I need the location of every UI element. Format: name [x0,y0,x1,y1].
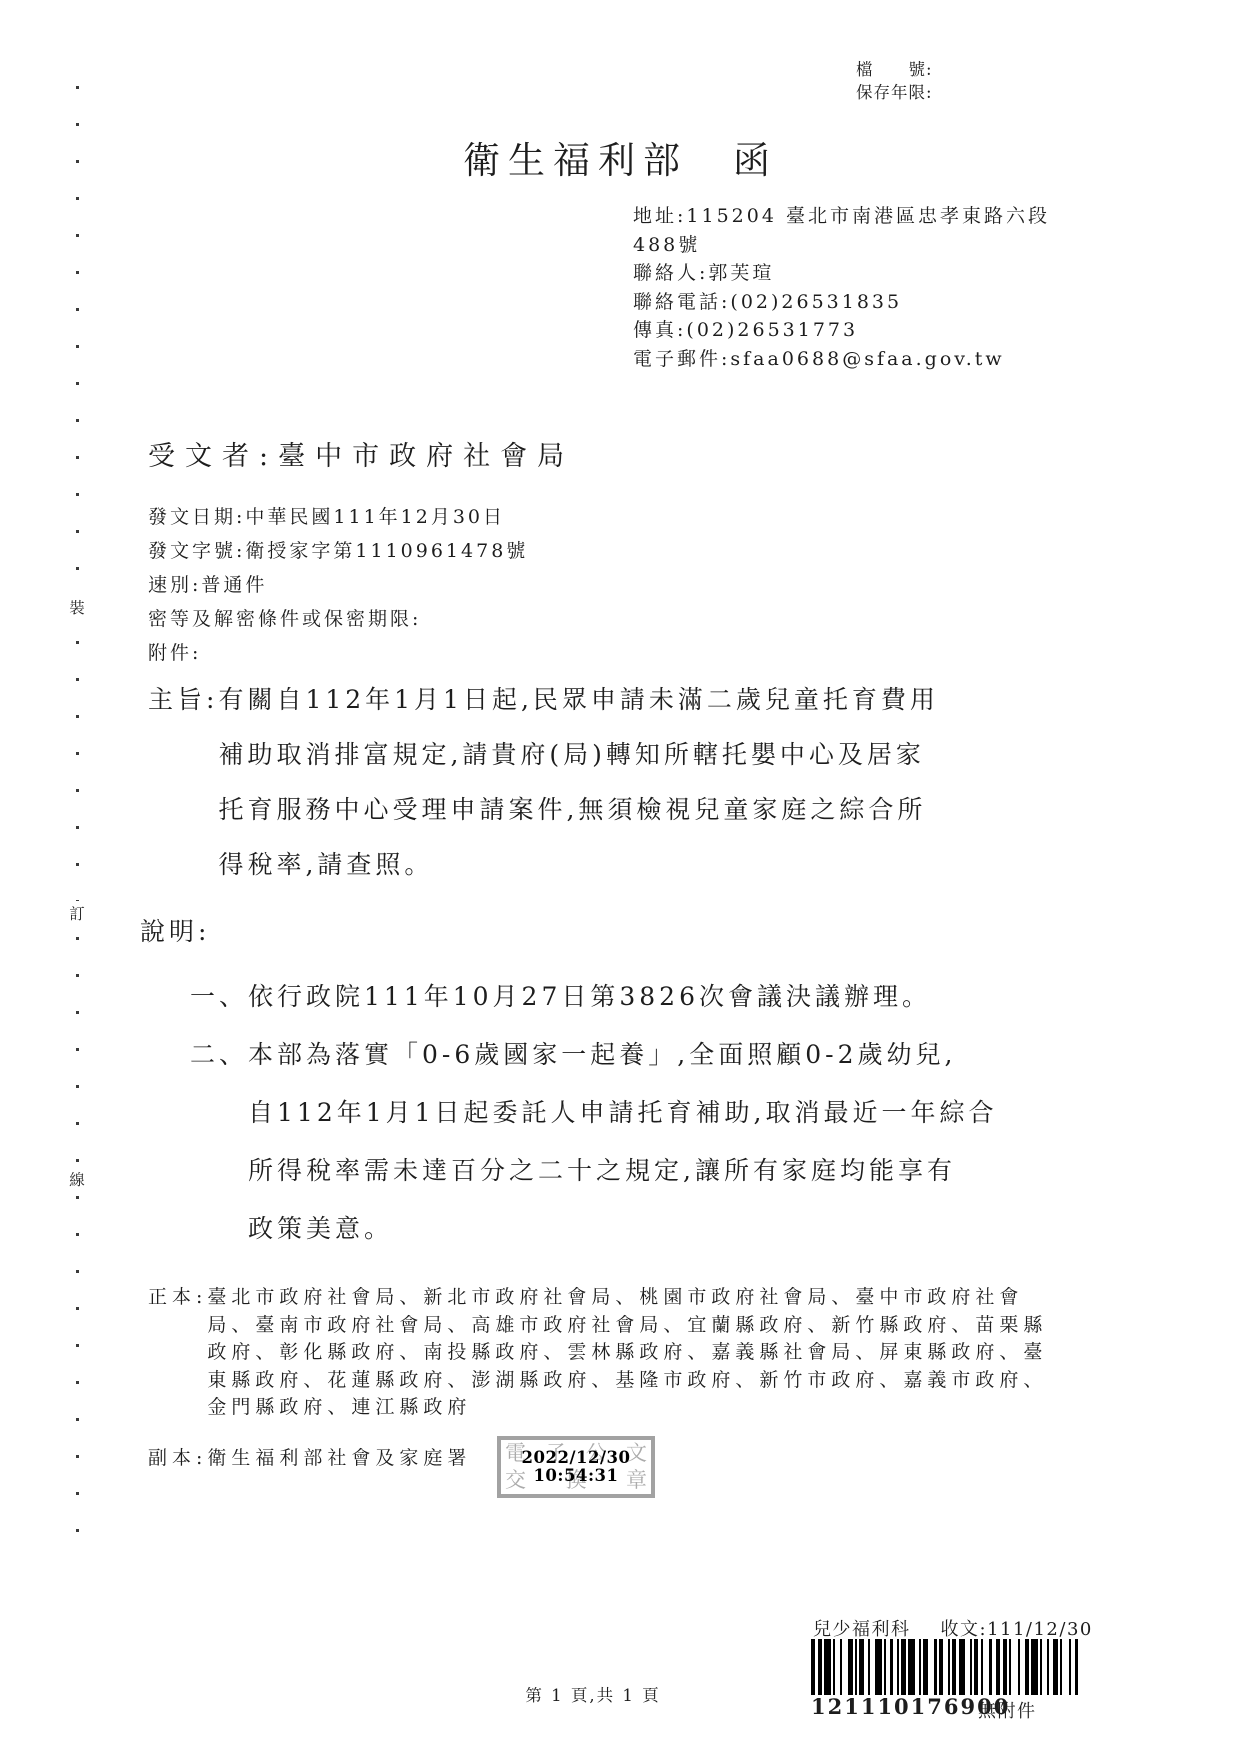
barcode-bar [875,1639,882,1695]
stamp-date: 2022/12/30 [501,1449,651,1467]
binding-mark-zhuang: 裝 [65,595,89,622]
original-recipients-line: 政府、彰化縣政府、南投縣政府、雲林縣政府、嘉義縣社會局、屏東縣政府、臺 [207,1339,1047,1367]
barcode-bar [908,1639,915,1695]
explanation-item-2-marker: 二、 [190,1026,248,1084]
original-recipients-block: 正本: 臺北市政府社會局、新北市政府社會局、桃園市政府社會局、臺中市政府社會局、… [148,1284,1047,1422]
original-recipients-label: 正本: [148,1284,207,1312]
sender-info-line: 聯絡人:郭芙瑄 [633,259,1050,288]
barcode-bar [983,1639,990,1695]
explanation-item-1: 一、 依行政院111年10月27日第3826次會議決議辦理。 [190,968,931,1026]
receipt-dept: 兒少福利科 [813,1619,911,1640]
sender-info-line: 電子郵件:sfaa0688@sfaa.gov.tw [633,345,1050,374]
explanation-heading: 說明: [140,912,210,948]
subject-lines: 有關自112年1月1日起,民眾申請未滿二歲兒童托育費用補助取消排富規定,請貴府(… [218,672,938,892]
stamp-time: 10:54:31 [501,1467,651,1485]
cc-label: 副本: [148,1447,207,1469]
explanation-item-1-marker: 一、 [190,968,248,1026]
barcode-bar [1011,1639,1018,1695]
document-title: 衛生福利部 函 [0,130,1241,184]
receipt-date: 收文:111/12/30 [941,1619,1093,1640]
original-recipients-line: 金門縣政府、連江縣政府 [207,1394,1047,1422]
original-recipients-line: 局、臺南市政府社會局、高雄市政府社會局、宜蘭縣政府、新竹縣政府、苗栗縣 [207,1312,1047,1340]
explanation-item-1-lines: 依行政院111年10月27日第3826次會議決議辦理。 [248,968,931,1026]
cc-value: 衛生福利部社會及家庭署 [207,1447,471,1469]
explanation-line: 自112年1月1日起委託人申請托育補助,取消最近一年綜合 [248,1084,997,1142]
original-recipients-lines: 臺北市政府社會局、新北市政府社會局、桃園市政府社會局、臺中市政府社會局、臺南市政… [207,1284,1047,1422]
sender-info-line: 聯絡電話:(02)26531835 [633,288,1050,317]
meta-line: 速別:普通件 [148,568,528,602]
subject-paragraph: 主旨: 有關自112年1月1日起,民眾申請未滿二歲兒童托育費用補助取消排富規定,… [148,672,939,892]
explanation-item-2-lines: 本部為落實「0-6歲國家一起養」,全面照顧0-2歲幼兒,自112年1月1日起委託… [248,1026,997,1258]
exchange-stamp: 電子公文 交換章 2022/12/30 10:54:31 [497,1436,655,1498]
subject-label: 主旨: [148,672,218,727]
explanation-line: 所得稅率需未達百分之二十之規定,讓所有家庭均能享有 [248,1142,997,1200]
barcode-bar [928,1639,935,1695]
file-number-block: 檔 號: 保存年限: [856,58,933,104]
barcode-bar [959,1639,966,1695]
barcode [811,1639,1080,1695]
explanation-item-2: 二、 本部為落實「0-6歲國家一起養」,全面照顧0-2歲幼兒,自112年1月1日… [190,1026,998,1258]
sender-info-line: 488號 [633,231,1050,260]
sender-info-line: 地址:115204 臺北市南港區忠孝東路六段 [633,202,1050,231]
cc-block: 副本:衛生福利部社會及家庭署 [148,1443,471,1470]
subject-line: 有關自112年1月1日起,民眾申請未滿二歲兒童托育費用 [218,672,938,727]
original-recipients-line: 臺北市政府社會局、新北市政府社會局、桃園市政府社會局、臺中市政府社會 [207,1284,1047,1312]
explanation-line: 依行政院111年10月27日第3826次會議決議辦理。 [248,968,931,1026]
retention-period-label: 保存年限: [856,81,933,104]
barcode-bar [1078,1639,1080,1695]
document-page: 裝 訂 線 檔 號: 保存年限: 衛生福利部 函 地址:115204 臺北市南港… [0,0,1241,1754]
meta-line: 發文字號:衛授家字第1110961478號 [148,534,528,568]
explanation-line: 政策美意。 [248,1200,997,1258]
sender-info-line: 傳真:(02)26531773 [633,316,1050,345]
binding-mark-xian: 線 [65,1167,89,1194]
barcode-bar [1062,1639,1069,1695]
sender-info-block: 地址:115204 臺北市南港區忠孝東路六段488號聯絡人:郭芙瑄聯絡電話:(0… [633,202,1050,373]
page-number: 第 1 頁,共 1 頁 [493,1682,693,1706]
meta-block: 發文日期:中華民國111年12月30日發文字號:衛授家字第1110961478號… [148,500,528,670]
barcode-bar [1031,1639,1038,1695]
meta-line: 密等及解密條件或保密期限: [148,602,528,636]
subject-line: 得稅率,請查照。 [218,837,938,892]
subject-line: 托育服務中心受理申請案件,無須檢視兒童家庭之綜合所 [218,782,938,837]
meta-line: 附件: [148,636,528,670]
barcode-bar [842,1639,849,1695]
recipient-line: 受文者:臺中市政府社會局 [148,434,574,473]
original-recipients-line: 東縣政府、花蓮縣政府、澎湖縣政府、基隆市政府、新竹市政府、嘉義市政府、 [207,1367,1047,1395]
subject-line: 補助取消排富規定,請貴府(局)轉知所轄托嬰中心及居家 [218,727,938,782]
explanation-line: 本部為落實「0-6歲國家一起養」,全面照顧0-2歲幼兒, [248,1026,997,1084]
binding-mark-ding: 訂 [65,901,89,928]
receipt-note: 兒少福利科收文:111/12/30 [813,1615,1093,1641]
binding-dotted-line [76,86,79,1544]
no-attachment-label: 無附件 [978,1697,1037,1723]
stamp-datetime: 2022/12/30 10:54:31 [501,1449,651,1485]
file-number-label: 檔 號: [856,58,933,81]
meta-line: 發文日期:中華民國111年12月30日 [148,500,528,534]
barcode-bar [824,1639,831,1695]
